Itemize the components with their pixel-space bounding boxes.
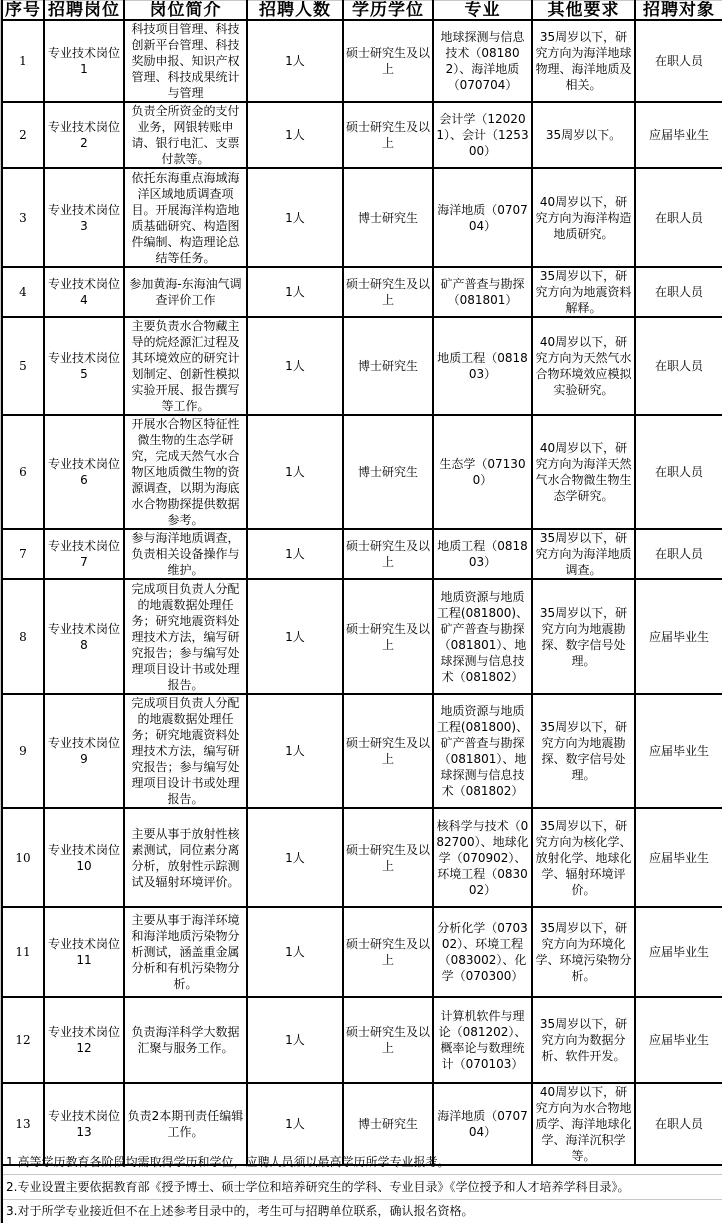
cell-requirements: 35周岁以下。 [532,102,635,168]
cell-degree: 硕士研究生及以上 [343,529,433,579]
cell-major: 海洋地质（070704） [433,168,532,267]
cell-requirements: 40周岁以下，研究方向为海洋天然气水合物微生物生态学研究。 [532,415,635,529]
table-row: 7 专业技术岗位7 参与海洋地质调查，负责相关设备操作与维护。 1人 硕士研究生… [2,529,722,579]
cell-no: 11 [2,907,44,997]
cell-major: 生态学（071300） [433,415,532,529]
cell-description: 科技项目管理、科技创新平台管理、科技奖励申报、知识产权管理、科技成果统计与管理 [124,20,247,102]
cell-degree: 硕士研究生及以上 [343,267,433,317]
cell-degree: 硕士研究生及以上 [343,997,433,1083]
table-row: 9 专业技术岗位9 完成项目负责人分配的地震数据处理任务；研究地震资料处理技术方… [2,694,722,808]
cell-no: 5 [2,317,44,415]
cell-degree: 硕士研究生及以上 [343,102,433,168]
cell-post: 专业技术岗位4 [44,267,124,317]
cell-no: 7 [2,529,44,579]
cell-post: 专业技术岗位6 [44,415,124,529]
cell-degree: 博士研究生 [343,317,433,415]
cell-no: 4 [2,267,44,317]
table-row: 12 专业技术岗位12 负责海洋科学大数据汇聚与服务工作。 1人 硕士研究生及以… [2,997,722,1083]
cell-target: 在职人员 [635,415,722,529]
cell-count: 1人 [247,317,343,415]
cell-post: 专业技术岗位8 [44,579,124,694]
cell-description: 开展水合物区特征性微生物的生态学研究，完成天然气水合物区地质微生物的资源调查，以… [124,415,247,529]
cell-no: 12 [2,997,44,1083]
cell-requirements: 35周岁以下，研究方向为地震勘探、数字信号处理。 [532,694,635,808]
cell-degree: 博士研究生 [343,415,433,529]
header-count: 招聘人数 [247,1,343,21]
cell-major: 核科学与技术（082700）、地球化学（070902）、环境工程（083002） [433,808,532,907]
cell-post: 专业技术岗位5 [44,317,124,415]
cell-degree: 硕士研究生及以上 [343,20,433,102]
cell-description: 负责全所资金的支付业务，网银转账申请、银行电汇、支票付款等。 [124,102,247,168]
cell-target: 在职人员 [635,529,722,579]
cell-no: 10 [2,808,44,907]
cell-requirements: 35周岁以下，研究方向为环境化学、环境污染物分析。 [532,907,635,997]
cell-major: 地质工程（081803） [433,317,532,415]
cell-no: 9 [2,694,44,808]
cell-description: 参与海洋地质调查，负责相关设备操作与维护。 [124,529,247,579]
cell-requirements: 40周岁以下，研究方向为天然气水合物环境效应模拟实验研究。 [532,317,635,415]
cell-target: 在职人员 [635,317,722,415]
note-2: 2.专业设置主要依据教育部《授予博士、硕士学位和培养研究生的学科、专业目录》《学… [3,1175,722,1200]
table-row: 2 专业技术岗位2 负责全所资金的支付业务，网银转账申请、银行电汇、支票付款等。… [2,102,722,168]
cell-description: 完成项目负责人分配的地震数据处理任务；研究地震资料处理技术方法，编写研究报告；参… [124,579,247,694]
cell-post: 专业技术岗位2 [44,102,124,168]
cell-count: 1人 [247,529,343,579]
cell-count: 1人 [247,694,343,808]
cell-description: 完成项目负责人分配的地震数据处理任务；研究地震资料处理技术方法，编写研究报告；参… [124,694,247,808]
cell-major: 地质资源与地质工程(081800)、矿产普查与勘探（081801）、地球探测与信… [433,579,532,694]
header-requirements: 其他要求 [532,1,635,21]
recruitment-table: 序号 招聘岗位 岗位简介 招聘人数 学历学位 专业 其他要求 招聘对象 1 专业… [1,0,722,1166]
cell-major: 地球探测与信息技术（081802）、海洋地质（070704） [433,20,532,102]
cell-description: 主要从事于放射性核素测试，同位素分离分析，放射性示踪测试及辐射环境评价。 [124,808,247,907]
header-post: 招聘岗位 [44,1,124,21]
cell-no: 8 [2,579,44,694]
cell-no: 3 [2,168,44,267]
cell-major: 会计学（120201）、会计（125300） [433,102,532,168]
table-row: 8 专业技术岗位8 完成项目负责人分配的地震数据处理任务；研究地震资料处理技术方… [2,579,722,694]
cell-count: 1人 [247,997,343,1083]
cell-count: 1人 [247,808,343,907]
header-description: 岗位简介 [124,1,247,21]
cell-target: 应届毕业生 [635,997,722,1083]
table-row: 10 专业技术岗位10 主要从事于放射性核素测试，同位素分离分析，放射性示踪测试… [2,808,722,907]
cell-requirements: 40周岁以下，研究方向为海洋构造地质研究。 [532,168,635,267]
cell-target: 应届毕业生 [635,808,722,907]
cell-major: 矿产普查与勘探（081801） [433,267,532,317]
table-row: 1 专业技术岗位1 科技项目管理、科技创新平台管理、科技奖励申报、知识产权管理、… [2,20,722,102]
cell-major: 地质工程（081803） [433,529,532,579]
cell-target: 应届毕业生 [635,102,722,168]
header-no: 序号 [2,1,44,21]
cell-requirements: 35周岁以下，研究方向为海洋地质调查。 [532,529,635,579]
cell-major: 地质资源与地质工程(081800)、矿产普查与勘探（081801）、地球探测与信… [433,694,532,808]
cell-description: 依托东海重点海域海洋区域地质调查项目。开展海洋构造地质基础研究、构造图件编制、构… [124,168,247,267]
cell-requirements: 35周岁以下，研究方向为地震资料解释。 [532,267,635,317]
cell-major: 分析化学（070302）、环境工程（083002）、化学（070300） [433,907,532,997]
cell-count: 1人 [247,267,343,317]
cell-target: 在职人员 [635,267,722,317]
cell-target: 应届毕业生 [635,694,722,808]
cell-degree: 硕士研究生及以上 [343,694,433,808]
cell-target: 在职人员 [635,20,722,102]
cell-major: 计算机软件与理论（081202）、概率论与数理统计（070103） [433,997,532,1083]
header-major: 专业 [433,1,532,21]
table-row: 11 专业技术岗位11 主要从事于海洋环境和海洋地质污染物分析测试，涵盖重金属分… [2,907,722,997]
cell-count: 1人 [247,415,343,529]
cell-target: 应届毕业生 [635,579,722,694]
cell-count: 1人 [247,907,343,997]
cell-requirements: 35周岁以下，研究方向为核化学、放射化学、地球化学、辐射环境评价。 [532,808,635,907]
cell-count: 1人 [247,168,343,267]
cell-post: 专业技术岗位10 [44,808,124,907]
cell-count: 1人 [247,579,343,694]
cell-no: 6 [2,415,44,529]
cell-post: 专业技术岗位9 [44,694,124,808]
cell-degree: 硕士研究生及以上 [343,907,433,997]
cell-post: 专业技术岗位1 [44,20,124,102]
cell-post: 专业技术岗位3 [44,168,124,267]
header-target: 招聘对象 [635,1,722,21]
table-row: 5 专业技术岗位5 主要负责水合物藏主导的烷烃源汇过程及其环境效应的研究计划制定… [2,317,722,415]
cell-count: 1人 [247,20,343,102]
table-row: 6 专业技术岗位6 开展水合物区特征性微生物的生态学研究，完成天然气水合物区地质… [2,415,722,529]
cell-requirements: 35周岁以下，研究方向为数据分析、软件开发。 [532,997,635,1083]
cell-post: 专业技术岗位7 [44,529,124,579]
note-1: 1.高等学历教育各阶段均需取得学历和学位，应聘人员须以最高学历所学专业报考。 [3,1151,722,1175]
header-row: 序号 招聘岗位 岗位简介 招聘人数 学历学位 专业 其他要求 招聘对象 [2,1,722,21]
cell-description: 参加黄海-东海油气调查评价工作 [124,267,247,317]
table-row: 4 专业技术岗位4 参加黄海-东海油气调查评价工作 1人 硕士研究生及以上 矿产… [2,267,722,317]
cell-target: 在职人员 [635,168,722,267]
cell-post: 专业技术岗位11 [44,907,124,997]
cell-no: 1 [2,20,44,102]
cell-description: 主要从事于海洋环境和海洋地质污染物分析测试，涵盖重金属分析和有机污染物分析。 [124,907,247,997]
cell-count: 1人 [247,102,343,168]
note-3: 3.对于所学专业接近但不在上述参考目录中的，考生可与招聘单位联系，确认报名资格。 [3,1200,722,1223]
cell-degree: 硕士研究生及以上 [343,808,433,907]
cell-no: 2 [2,102,44,168]
cell-description: 负责海洋科学大数据汇聚与服务工作。 [124,997,247,1083]
cell-degree: 博士研究生 [343,168,433,267]
cell-requirements: 35周岁以下，研究方向为海洋地球物理、海洋地质及相关。 [532,20,635,102]
notes-section: 1.高等学历教育各阶段均需取得学历和学位，应聘人员须以最高学历所学专业报考。 2… [1,1151,722,1223]
cell-description: 主要负责水合物藏主导的烷烃源汇过程及其环境效应的研究计划制定、创新性模拟实验开展… [124,317,247,415]
table-row: 3 专业技术岗位3 依托东海重点海域海洋区域地质调查项目。开展海洋构造地质基础研… [2,168,722,267]
cell-requirements: 35周岁以下，研究方向为地震勘探、数字信号处理。 [532,579,635,694]
cell-post: 专业技术岗位12 [44,997,124,1083]
header-degree: 学历学位 [343,1,433,21]
cell-degree: 硕士研究生及以上 [343,579,433,694]
cell-target: 应届毕业生 [635,907,722,997]
